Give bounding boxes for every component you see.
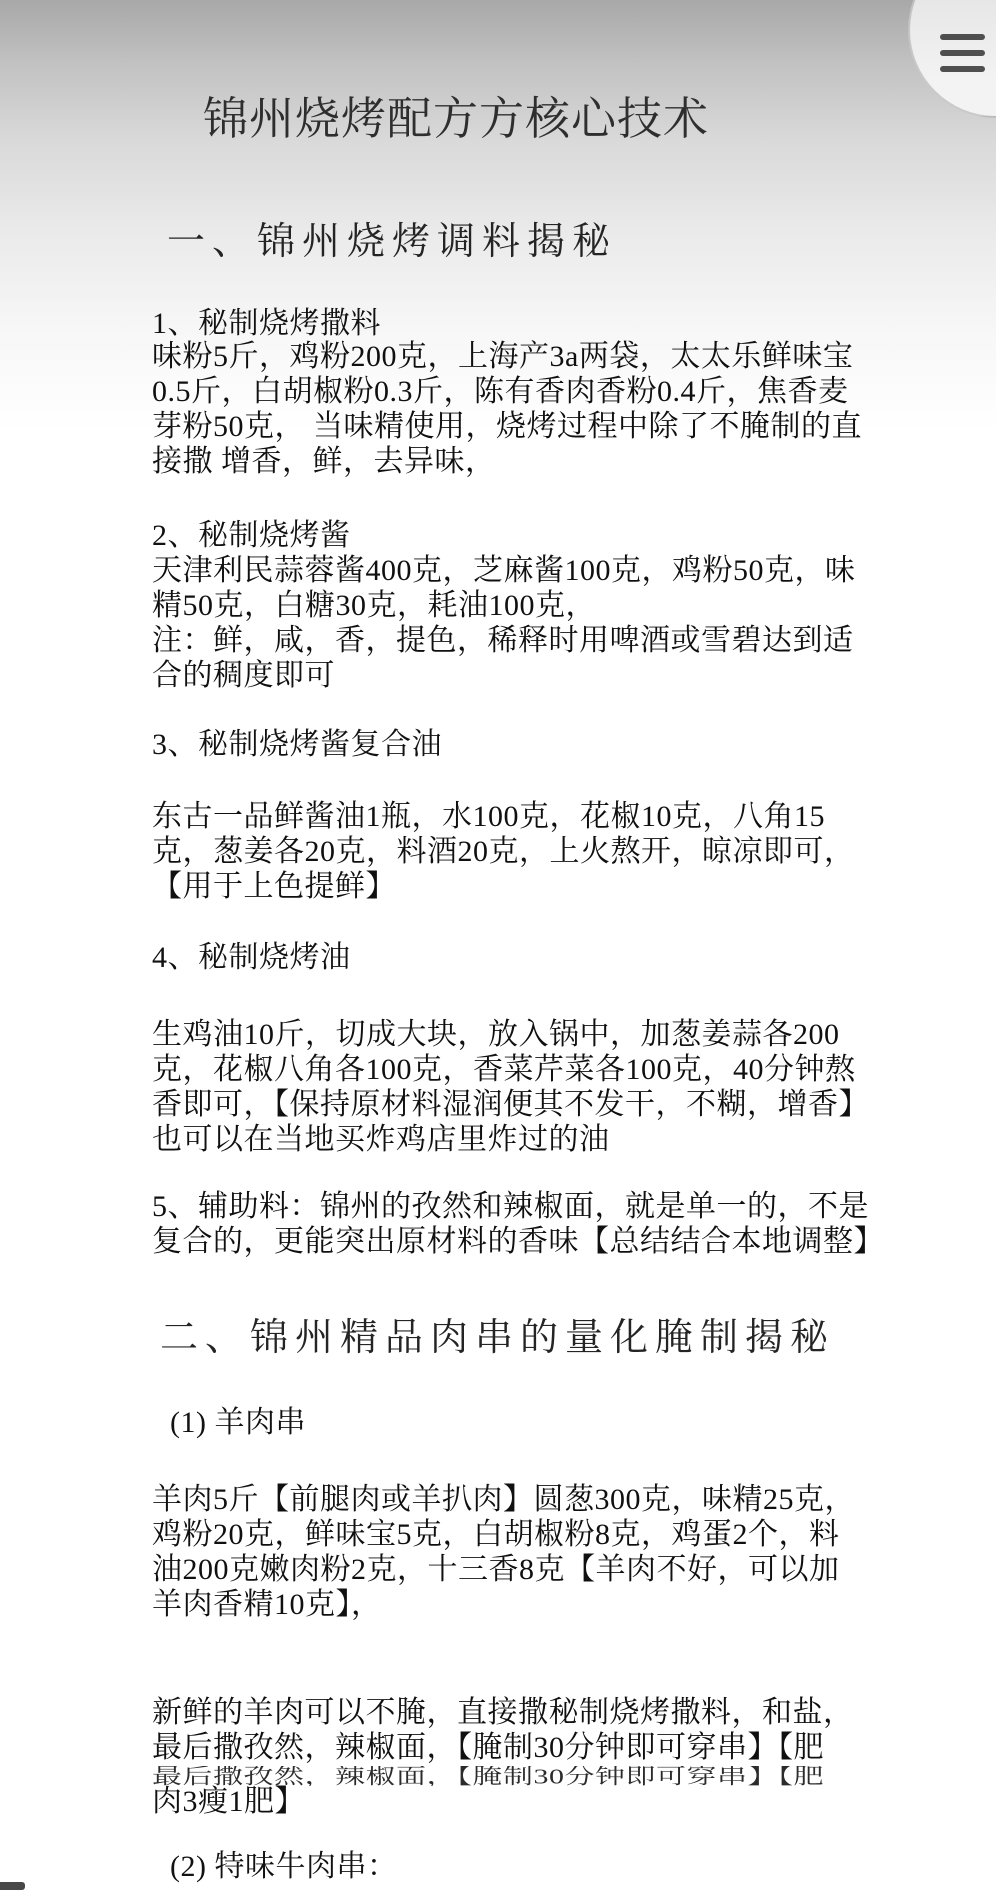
item-4-body: 生鸡油10斤，切成大块，放入锅中，加葱姜蒜各200克，花椒八角各100克，香菜芹… [152,1017,869,1157]
item-1-title: 1、秘制烧烤撒料 [152,306,381,341]
hamburger-bar [940,50,985,56]
section-2-heading: 二、锦州精品肉串的量化腌制揭秘 [160,1315,835,1361]
menu-button[interactable] [908,0,996,118]
hamburger-bar [940,34,985,40]
item-3-body: 东古一品鲜酱油1瓶，水100克，花椒10克，八角15克，葱姜各20克，料酒20克… [152,799,869,904]
hamburger-menu-icon [940,34,985,74]
item-5-body: 5、辅助料：锦州的孜然和辣椒面，就是单一的，不是复合的，更能突出原材料的香味【总… [152,1189,869,1259]
item-4-title: 4、秘制烧烤油 [152,940,351,975]
document-page: 锦州烧烤配方方核心技术 一、锦州烧烤调料揭秘 1、秘制烧烤撒料 味粉5斤，鸡粉2… [0,0,996,1890]
beef-skewer-title: (2) 特味牛肉串： [170,1849,397,1884]
hamburger-bar [940,66,985,72]
page-title: 锦州烧烤配方方核心技术 [203,93,709,145]
item-3-title: 3、秘制烧烤酱复合油 [152,727,442,762]
item-2-title: 2、秘制烧烤酱 [152,518,351,553]
corner-artifact-mark [0,1882,25,1890]
render-artifact-ghost-line: 最后撒孜然，辣椒面，【腌制30分钟即可穿串】【肥 [152,1766,892,1786]
lamb-skewer-title: (1) 羊肉串 [170,1405,306,1440]
item-2-note: 注：鲜，咸，香，提色，稀释时用啤酒或雪碧达到适合的稠度即可 [152,623,869,693]
item-2-body: 天津利民蒜蓉酱400克，芝麻酱100克，鸡粉50克，味精50克，白糖30克，耗油… [152,553,869,623]
section-1-heading: 一、锦州烧烤调料揭秘 [167,219,617,265]
item-2-text: 天津利民蒜蓉酱400克，芝麻酱100克，鸡粉50克，味精50克，白糖30克，耗油… [152,553,869,693]
lamb-skewer-body: 羊肉5斤【前腿肉或羊扒肉】圆葱300克，味精25克，鸡粉20克，鲜味宝5克，白胡… [152,1482,869,1622]
item-1-body: 味粉5斤，鸡粉200克，上海产3a两袋，太太乐鲜味宝0.5斤，白胡椒粉0.3斤，… [152,339,869,479]
lamb-skewer-body-2: 新鲜的羊肉可以不腌，直接撒秘制烧烤撒料，和盐，最后撒孜然，辣椒面，【腌制30分钟… [152,1695,869,1765]
lamb-skewer-body-3: 肉3瘦1肥】 [152,1784,869,1819]
ghost-line-text: 最后撒孜然，辣椒面，【腌制30分钟即可穿串】【肥 [152,1766,892,1786]
